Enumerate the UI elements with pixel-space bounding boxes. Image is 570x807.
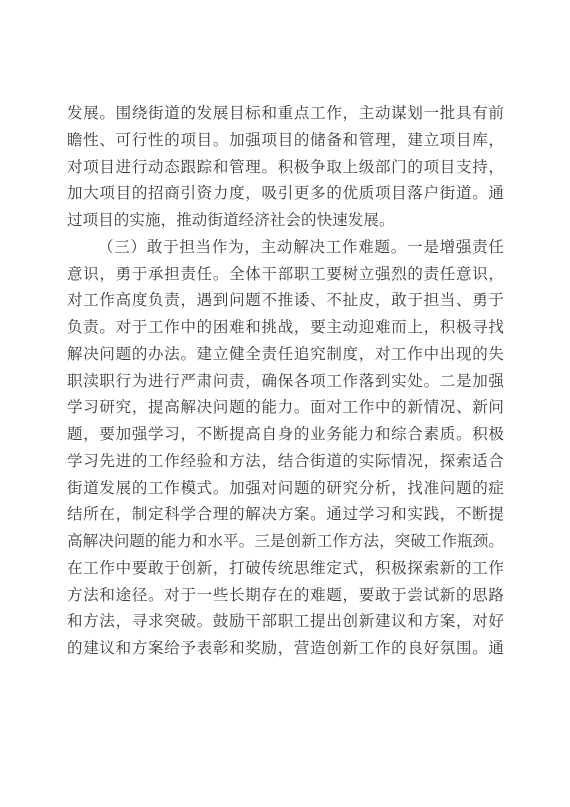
- text-line: 瞻性、可行性的项目。加强项目的储备和管理，建立项目库，: [67, 128, 504, 155]
- text-line: 职渎职行为进行严肃问责，确保各项工作落到实处。二是加强: [67, 369, 504, 396]
- document-page: 发展。围绕街道的发展目标和重点工作，主动谋划一批具有前瞻性、可行性的项目。加强项…: [0, 0, 570, 807]
- text-line: 的建议和方案给予表彰和奖励，营造创新工作的良好氛围。通: [67, 636, 504, 663]
- text-line: 对项目进行动态跟踪和管理。积极争取上级部门的项目支持，: [67, 155, 504, 182]
- text-line: 和方法，寻求突破。鼓励干部职工提出创新建议和方案，对好: [67, 609, 504, 636]
- paragraph: （三）敢于担当作为，主动解决工作难题。一是增强责任意识，勇于承担责任。全体干部职…: [67, 235, 504, 663]
- text-line: 过项目的实施，推动街道经济社会的快速发展。: [67, 208, 504, 235]
- text-line: 加大项目的招商引资力度，吸引更多的优质项目落户街道。通: [67, 181, 504, 208]
- document-content: 发展。围绕街道的发展目标和重点工作，主动谋划一批具有前瞻性、可行性的项目。加强项…: [67, 101, 504, 663]
- text-line: 学习研究，提高解决问题的能力。面对工作中的新情况、新问: [67, 395, 504, 422]
- text-line: 意识，勇于承担责任。全体干部职工要树立强烈的责任意识，: [67, 262, 504, 289]
- text-line: 负责。对于工作中的困难和挑战，要主动迎难而上，积极寻找: [67, 315, 504, 342]
- text-line: 在工作中要敢于创新，打破传统思维定式，积极探索新的工作: [67, 556, 504, 583]
- text-line: 题，要加强学习，不断提高自身的业务能力和综合素质。积极: [67, 422, 504, 449]
- text-line: 发展。围绕街道的发展目标和重点工作，主动谋划一批具有前: [67, 101, 504, 128]
- text-line: 高解决问题的能力和水平。三是创新工作方法，突破工作瓶颈。: [67, 529, 504, 556]
- text-line: （三）敢于担当作为，主动解决工作难题。一是增强责任: [67, 235, 504, 262]
- text-line: 结所在，制定科学合理的解决方案。通过学习和实践，不断提: [67, 502, 504, 529]
- text-line: 解决问题的办法。建立健全责任追究制度，对工作中出现的失: [67, 342, 504, 369]
- text-line: 街道发展的工作模式。加强对问题的研究分析，找准问题的症: [67, 476, 504, 503]
- text-line: 方法和途径。对于一些长期存在的难题，要敢于尝试新的思路: [67, 583, 504, 610]
- text-line: 学习先进的工作经验和方法，结合街道的实际情况，探索适合: [67, 449, 504, 476]
- text-line: 对工作高度负责，遇到问题不推诿、不扯皮，敢于担当、勇于: [67, 288, 504, 315]
- paragraph: 发展。围绕街道的发展目标和重点工作，主动谋划一批具有前瞻性、可行性的项目。加强项…: [67, 101, 504, 235]
